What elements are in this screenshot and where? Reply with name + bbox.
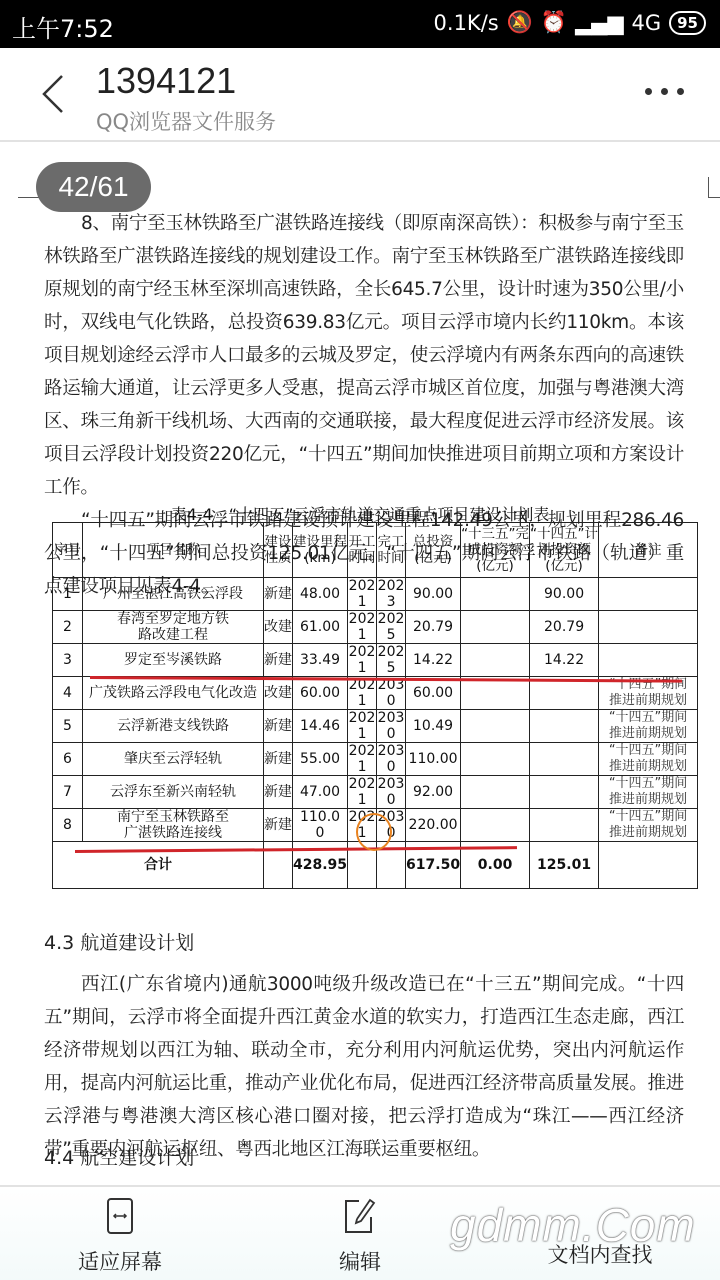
table-row: 6肇庆至云浮轻轨新建55.0020212030110.00“十四五”期间推进前期… <box>53 743 698 776</box>
cell-done <box>461 743 530 776</box>
cell-total: 14.22 <box>406 644 461 677</box>
cell-km: 47.00 <box>293 776 348 809</box>
cell-type: 改建 <box>264 677 293 710</box>
cell-plan <box>530 776 599 809</box>
alarm-icon: ⏰ <box>541 10 567 35</box>
orange-circle-annotation <box>356 813 392 851</box>
cell-note: “十四五”期间推进前期规划 <box>599 710 698 743</box>
cell-end: 2030 <box>377 776 406 809</box>
cell-total: 60.00 <box>406 677 461 710</box>
cell-type: 改建 <box>264 611 293 644</box>
cell-km: 60.00 <box>293 677 348 710</box>
cell-km: 33.49 <box>293 644 348 677</box>
cell-km: 110.00 <box>293 809 348 842</box>
cell-km: 61.00 <box>293 611 348 644</box>
cell-type: 新建 <box>264 809 293 842</box>
cell-end: 2025 <box>377 611 406 644</box>
cell-plan: 20.79 <box>530 611 599 644</box>
cell-name: 广茂铁路云浮段电气化改造 <box>83 677 264 710</box>
cell-end: 2030 <box>377 743 406 776</box>
cell-no: 5 <box>53 710 83 743</box>
fit-screen-icon <box>106 1197 134 1235</box>
file-title: 1394121 <box>96 60 236 102</box>
section-heading-4-3: 4.3 航道建设计划 <box>44 928 194 955</box>
cell-name: 肇庆至云浮轻轨 <box>83 743 264 776</box>
cell-note: “十四五”期间推进前期规划 <box>599 776 698 809</box>
battery-icon: 95 <box>669 11 706 35</box>
cell-start: 2021 <box>348 611 377 644</box>
cell-no: 6 <box>53 743 83 776</box>
table-header-row: 序号项目名称建设性质 建设里程(km)开工时间完工时间 总投资(亿元)“十三五”… <box>53 523 698 578</box>
status-icons: 0.1K/s 🔕 ⏰ ▂▄▆ 4G 95 <box>434 10 706 35</box>
fit-screen-button[interactable]: 适应屏幕 <box>70 1197 170 1276</box>
page-indicator: 42/61 <box>36 162 151 212</box>
status-time: 上午7:52 <box>12 9 114 44</box>
cell-done <box>461 776 530 809</box>
cell-total: 110.00 <box>406 743 461 776</box>
cell-done <box>461 809 530 842</box>
cell-plan: 14.22 <box>530 644 599 677</box>
cell-km: 55.00 <box>293 743 348 776</box>
network-type: 4G <box>631 11 661 35</box>
signal-icon: ▂▄▆ <box>575 11 623 35</box>
cell-type: 新建 <box>264 578 293 611</box>
table-row: 1广州至湛江高铁云浮段新建48.002021202390.0090.00 <box>53 578 698 611</box>
cell-type: 新建 <box>264 776 293 809</box>
cell-start: 2021 <box>348 644 377 677</box>
cell-start: 2021 <box>348 578 377 611</box>
status-bar: 上午7:52 0.1K/s 🔕 ⏰ ▂▄▆ 4G 95 <box>0 0 720 48</box>
watermark: gdmm.Com <box>450 1198 696 1252</box>
cell-note <box>599 611 698 644</box>
net-speed: 0.1K/s <box>434 11 499 35</box>
cell-name: 云浮东至新兴南轻轨 <box>83 776 264 809</box>
cell-note <box>599 644 698 677</box>
cell-note: “十四五”期间推进前期规划 <box>599 809 698 842</box>
cell-end: 2023 <box>377 578 406 611</box>
table-row: 5云浮新港支线铁路新建14.462021203010.49“十四五”期间推进前期… <box>53 710 698 743</box>
cell-total: 20.79 <box>406 611 461 644</box>
more-menu-icon[interactable] <box>645 88 684 95</box>
cell-type: 新建 <box>264 710 293 743</box>
cell-done <box>461 644 530 677</box>
cell-no: 1 <box>53 578 83 611</box>
edit-button[interactable]: 编辑 <box>320 1197 400 1276</box>
cell-name: 南宁至玉林铁路至广湛铁路连接线 <box>83 809 264 842</box>
cell-name: 广州至湛江高铁云浮段 <box>83 578 264 611</box>
cell-no: 7 <box>53 776 83 809</box>
cell-done <box>461 578 530 611</box>
cell-start: 2021 <box>348 677 377 710</box>
app-bar: 1394121 QQ浏览器文件服务 <box>0 48 720 142</box>
table-row: 3罗定至岑溪铁路新建33.492021202514.2214.22 <box>53 644 698 677</box>
cell-end: 2030 <box>377 710 406 743</box>
cell-name: 春湾至罗定地方铁路改建工程 <box>83 611 264 644</box>
cell-plan <box>530 743 599 776</box>
cell-name: 罗定至岑溪铁路 <box>83 644 264 677</box>
cell-no: 3 <box>53 644 83 677</box>
cell-type: 新建 <box>264 743 293 776</box>
cell-start: 2021 <box>348 743 377 776</box>
cell-end: 2030 <box>377 677 406 710</box>
cell-plan <box>530 710 599 743</box>
cell-note <box>599 578 698 611</box>
cell-total: 220.00 <box>406 809 461 842</box>
table-row: 7云浮东至新兴南轻轨新建47.002021203092.00“十四五”期间推进前… <box>53 776 698 809</box>
cell-end: 2025 <box>377 644 406 677</box>
cell-km: 48.00 <box>293 578 348 611</box>
cell-no: 8 <box>53 809 83 842</box>
section-heading-4-4: 4.4 航空建设计划 <box>44 1143 194 1170</box>
file-subtitle: QQ浏览器文件服务 <box>96 106 276 136</box>
cell-start: 2021 <box>348 710 377 743</box>
mute-bell-icon: 🔕 <box>507 10 533 35</box>
table-row: 2春湾至罗定地方铁路改建工程改建61.002021202520.7920.79 <box>53 611 698 644</box>
cell-done <box>461 710 530 743</box>
cell-start: 2021 <box>348 776 377 809</box>
cell-name: 云浮新港支线铁路 <box>83 710 264 743</box>
cell-type: 新建 <box>264 644 293 677</box>
cell-km: 14.46 <box>293 710 348 743</box>
cell-plan: 90.00 <box>530 578 599 611</box>
cell-total: 90.00 <box>406 578 461 611</box>
paragraph-4-3: 西江(广东省境内)通航3000吨级升级改造已在“十三五”期间完成。“十四五”期间… <box>44 968 684 1166</box>
back-arrow-icon[interactable] <box>40 74 66 114</box>
cell-plan <box>530 809 599 842</box>
cell-total: 92.00 <box>406 776 461 809</box>
cell-total: 10.49 <box>406 710 461 743</box>
crop-mark <box>708 177 720 198</box>
cell-no: 4 <box>53 677 83 710</box>
cell-no: 2 <box>53 611 83 644</box>
cell-note: “十四五”期间推进前期规划 <box>599 743 698 776</box>
cell-done <box>461 611 530 644</box>
edit-icon <box>343 1197 377 1235</box>
